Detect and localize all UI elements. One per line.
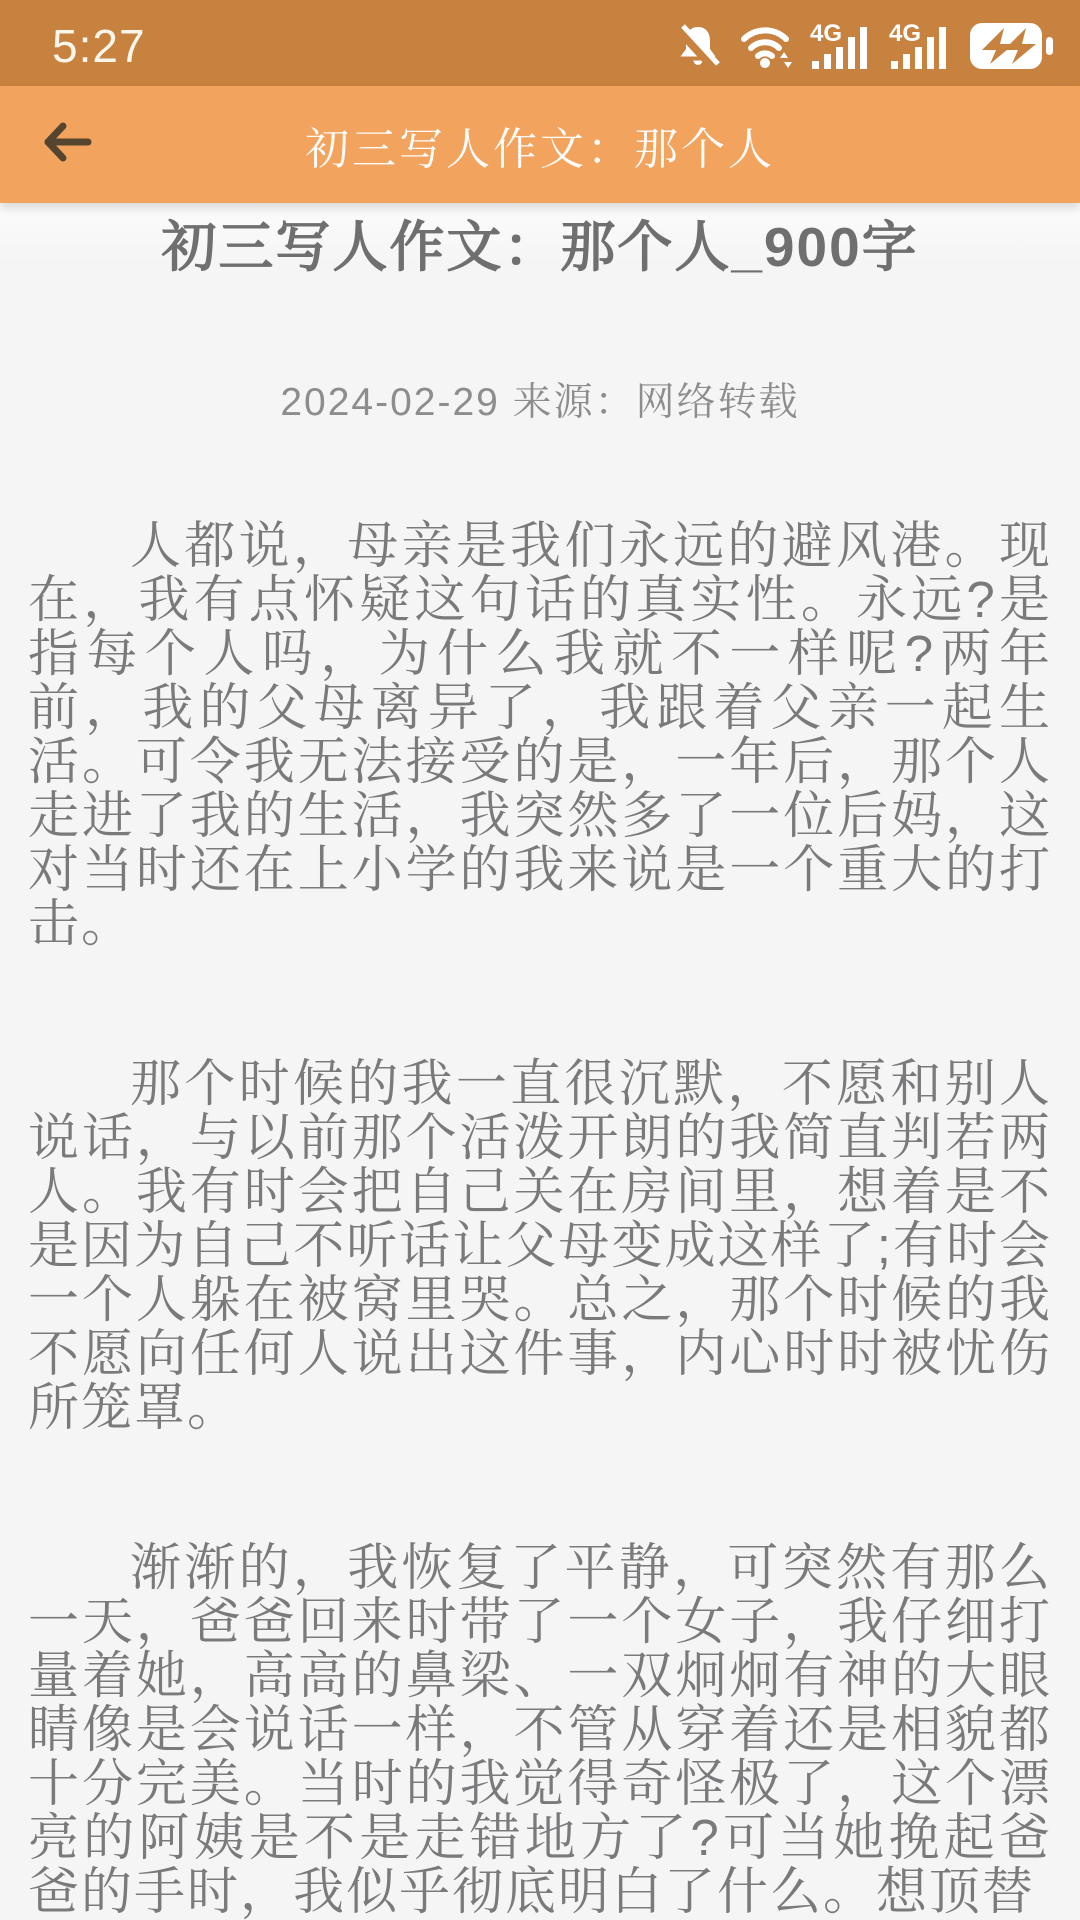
battery-charging-icon xyxy=(968,20,1054,72)
svg-text:4G: 4G xyxy=(889,21,921,47)
status-time: 5:27 xyxy=(52,19,146,73)
article-paragraph: 人都说，母亲是我们永远的避风港。现在，我有点怀疑这句话的真实性。永远?是指每个人… xyxy=(28,519,1052,951)
app-bar-title: 初三写人作文：那个人 xyxy=(0,113,1080,177)
status-bar: 5:27 xyxy=(0,0,1080,86)
app-bar: 初三写人作文：那个人 xyxy=(0,86,1080,203)
notifications-muted-icon xyxy=(674,22,722,70)
article-title: 初三写人作文：那个人_900字 xyxy=(28,215,1052,279)
svg-text:4G: 4G xyxy=(810,21,842,47)
back-button[interactable] xyxy=(42,86,92,203)
article-paragraph: 渐渐的，我恢复了平静，可突然有那么一天，爸爸回来时带了一个女子，我仔细打量着她，… xyxy=(28,1541,1052,1919)
article-meta: 2024-02-29 来源：网络转载 xyxy=(28,371,1052,427)
4g-signal-icon: 4G xyxy=(810,21,872,71)
status-icons: 4G 4G xyxy=(674,20,1054,72)
article-content[interactable]: 初三写人作文：那个人_900字 2024-02-29 来源：网络转载 人都说，母… xyxy=(0,203,1080,1920)
back-arrow-icon xyxy=(42,121,92,168)
article-paragraphs: 人都说，母亲是我们永远的避风港。现在，我有点怀疑这句话的真实性。永远?是指每个人… xyxy=(28,519,1052,1919)
4g-signal-icon: 4G xyxy=(889,21,951,71)
screen: 5:27 xyxy=(0,0,1080,1920)
article-paragraph: 那个时候的我一直很沉默，不愿和别人说话，与以前那个活泼开朗的我简直判若两人。我有… xyxy=(28,1057,1052,1435)
wifi-icon xyxy=(739,22,793,70)
